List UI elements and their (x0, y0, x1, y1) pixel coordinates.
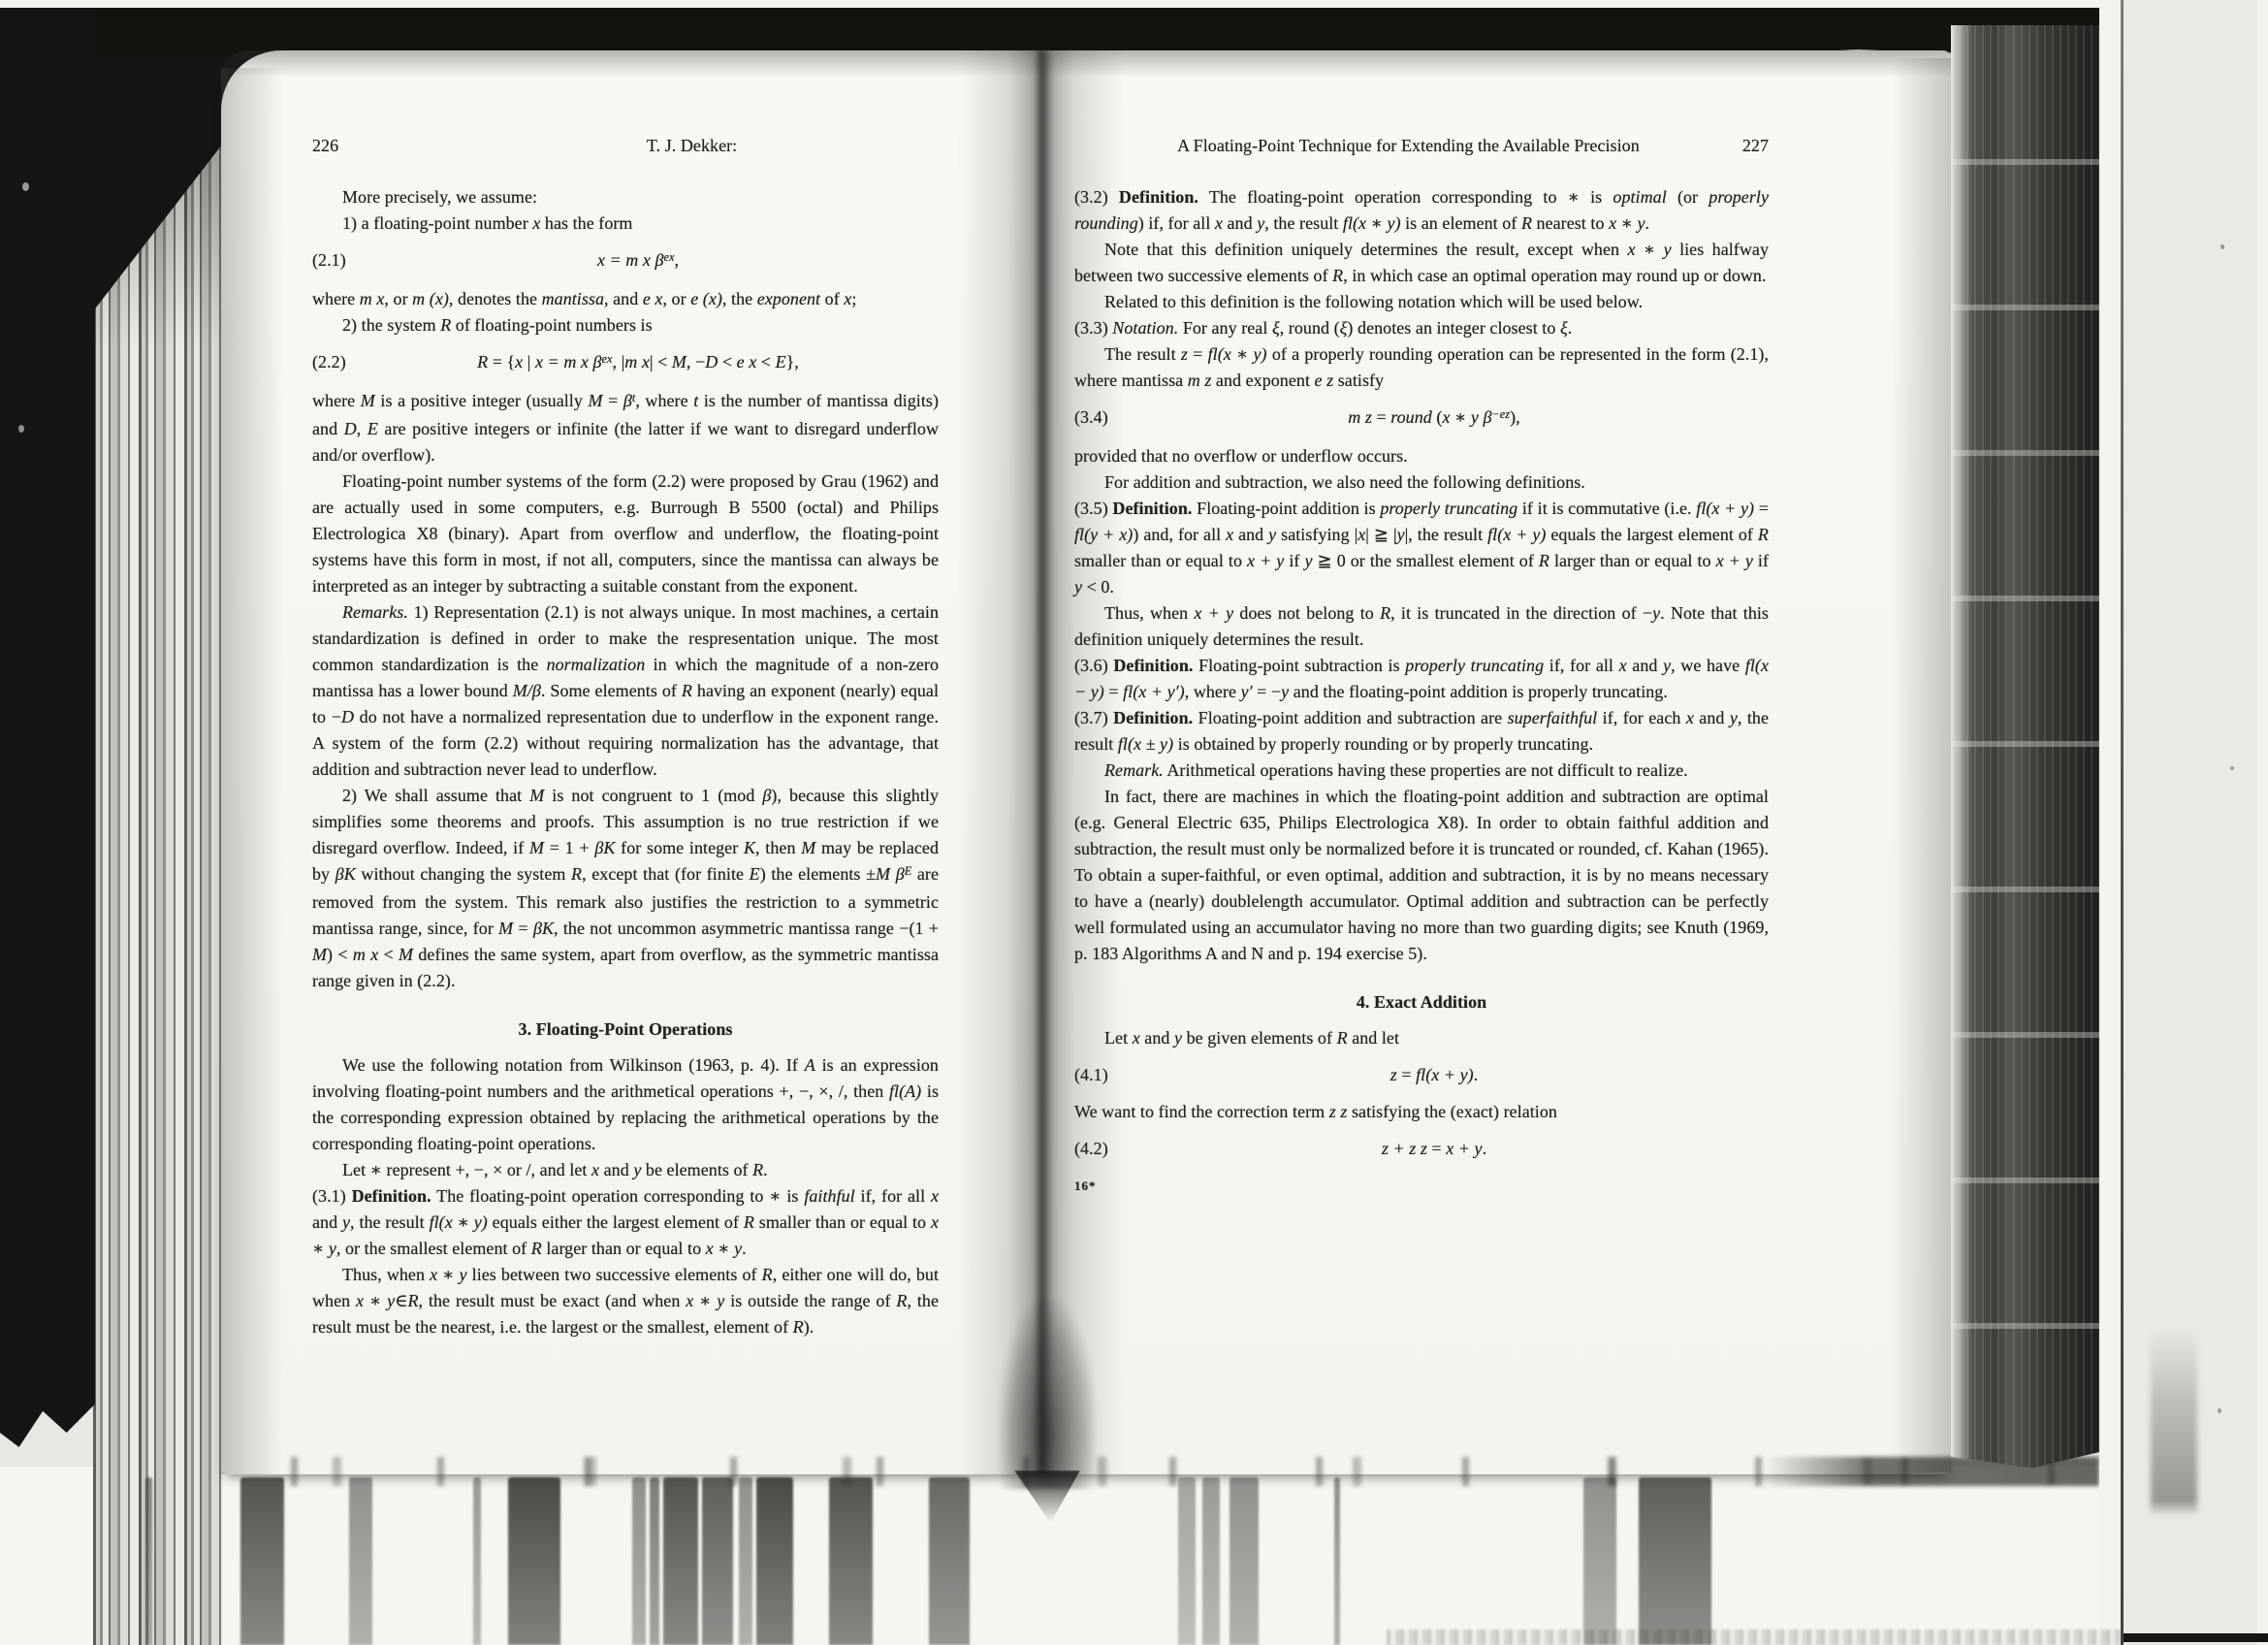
page-edge-stripe (1202, 1477, 1220, 1645)
page-edge-stripe (663, 1477, 698, 1645)
equation: (2.1)x = m x βex, (312, 247, 939, 275)
scan-speck (2218, 1408, 2221, 1413)
page-edge-stripe (702, 1477, 733, 1645)
page-edge-stripe (240, 1477, 284, 1645)
scan-speck (18, 425, 24, 433)
scan-right-white-strip (2099, 0, 2121, 1645)
equation: (2.2)R = {x | x = m x βex, |m x| < M, −D… (312, 349, 939, 377)
page-edge-stripe (739, 1477, 752, 1645)
page-left-shadow (221, 68, 283, 1474)
paragraph: For addition and subtraction, we also ne… (1074, 469, 1769, 496)
paragraph: where m x, or m (x), denotes the mantiss… (312, 286, 939, 312)
page-number: 227 (1742, 133, 1769, 159)
paragraph: Let x and y be given elements of R and l… (1074, 1025, 1769, 1051)
page-edge-stripe (650, 1477, 659, 1645)
scan-speck (2230, 766, 2234, 770)
page-edge-stripe (349, 1477, 372, 1645)
paragraph: Related to this definition is the follow… (1074, 289, 1769, 315)
paragraph: The result z = fl(x ∗ y) of a properly r… (1074, 341, 1769, 394)
scan-bottom-grain (1387, 1629, 2121, 1645)
paragraph: More precisely, we assume: (312, 184, 939, 210)
signature-mark: 16* (1074, 1173, 1769, 1199)
scan-top-margin (0, 0, 2268, 9)
paragraph: In fact, there are machines in which the… (1074, 784, 1769, 967)
page-edge-stripe (929, 1477, 970, 1645)
scan-background-edge (2257, 0, 2268, 1645)
paragraph: where M is a positive integer (usually M… (312, 388, 939, 468)
page-edge-stripe (1334, 1477, 1340, 1645)
paragraph: 2) We shall assume that M is not congrue… (312, 783, 939, 994)
equation-label: (4.1) (1074, 1062, 1158, 1088)
equation-formula: m z = round (x ∗ y β−ez), (1158, 404, 1710, 433)
paragraph: Thus, when x + y does not belong to R, i… (1074, 600, 1769, 653)
equation: (3.4)m z = round (x ∗ y β−ez), (1074, 404, 1769, 433)
page-left-header: 226 T. J. Dekker: (312, 133, 939, 159)
equation-label: (3.4) (1074, 404, 1158, 431)
paragraph: (3.1) Definition. The floating-point ope… (312, 1183, 939, 1262)
page-edge-stripe (1230, 1477, 1259, 1645)
equation: (4.2)z + z z = x + y. (1074, 1136, 1769, 1162)
page-left-body: More precisely, we assume:1) a floating-… (312, 184, 939, 1340)
page-edge-stripe (508, 1477, 560, 1645)
page-edge-stripe (632, 1477, 646, 1645)
scanned-book-spread: 226 T. J. Dekker: More precisely, we ass… (0, 0, 2268, 1645)
page-edge-stripe (473, 1477, 481, 1645)
paragraph: 1) a floating-point number x has the for… (312, 210, 939, 237)
scan-bottom-right-band (2124, 1633, 2268, 1642)
scan-speck (22, 182, 29, 191)
scan-right-smudge (2151, 1327, 2197, 1516)
paragraph: Let ∗ represent +, −, × or /, and let x … (312, 1157, 939, 1183)
paragraph: Floating-point number systems of the for… (312, 468, 939, 599)
paragraph: Thus, when x ∗ y lies between two succes… (312, 1262, 939, 1340)
equation-formula: R = {x | x = m x βex, |m x| < M, −D < e … (396, 349, 880, 377)
running-title: T. J. Dekker: (392, 133, 992, 159)
page-edge-stripe (756, 1477, 793, 1645)
book-fore-edge (1951, 25, 2099, 1472)
equation-label: (2.1) (312, 247, 396, 274)
book-bottom-ragged-edge (223, 1457, 2099, 1486)
paragraph: (3.7) Definition. Floating-point additio… (1074, 705, 1769, 758)
page-edge-stripe (1639, 1477, 1711, 1645)
page-edge-stripe (1178, 1477, 1196, 1645)
page-right-shadow (1891, 58, 1951, 1472)
page-edge-stripe (145, 1477, 152, 1645)
section-heading: 3. Floating-Point Operations (312, 1016, 939, 1043)
paragraph: (3.3) Notation. For any real ξ, round (ξ… (1074, 315, 1769, 341)
equation-label: (2.2) (312, 349, 396, 375)
page-number: 226 (312, 133, 338, 159)
running-title: A Floating-Point Technique for Extending… (1074, 133, 1742, 159)
paragraph: Note that this definition uniquely deter… (1074, 237, 1769, 289)
paragraph: (3.2) Definition. The floating-point ope… (1074, 184, 1769, 237)
paragraph: (3.5) Definition. Floating-point additio… (1074, 496, 1769, 600)
page-right: A Floating-Point Technique for Extending… (1074, 133, 1769, 1199)
equation-formula: z + z z = x + y. (1158, 1136, 1710, 1162)
scan-speck (2220, 244, 2224, 249)
page-edge-stripe (1583, 1477, 1616, 1645)
paragraph: 2) the system R of floating-point number… (312, 312, 939, 339)
page-gutter-line (1038, 50, 1049, 1474)
page-left: 226 T. J. Dekker: More precisely, we ass… (312, 133, 939, 1340)
equation-label: (4.2) (1074, 1136, 1158, 1162)
paragraph: (3.6) Definition. Floating-point subtrac… (1074, 653, 1769, 705)
equation-formula: x = m x βex, (396, 247, 880, 275)
page-edge-stripe (829, 1477, 873, 1645)
paragraph: We use the following notation from Wilki… (312, 1052, 939, 1157)
equation-formula: z = fl(x + y). (1158, 1062, 1710, 1088)
paragraph: We want to find the correction term z z … (1074, 1099, 1769, 1125)
page-right-body: (3.2) Definition. The floating-point ope… (1074, 184, 1769, 1162)
section-heading: 4. Exact Addition (1074, 989, 1769, 1016)
paragraph: Remarks. 1) Representation (2.1) is not … (312, 599, 939, 783)
book-left-cover-edge (0, 8, 95, 1447)
page-right-header: A Floating-Point Technique for Extending… (1074, 133, 1769, 159)
paragraph: provided that no overflow or underflow o… (1074, 443, 1769, 469)
equation: (4.1)z = fl(x + y). (1074, 1062, 1769, 1088)
paragraph: Remark. Arithmetical operations having t… (1074, 758, 1769, 784)
